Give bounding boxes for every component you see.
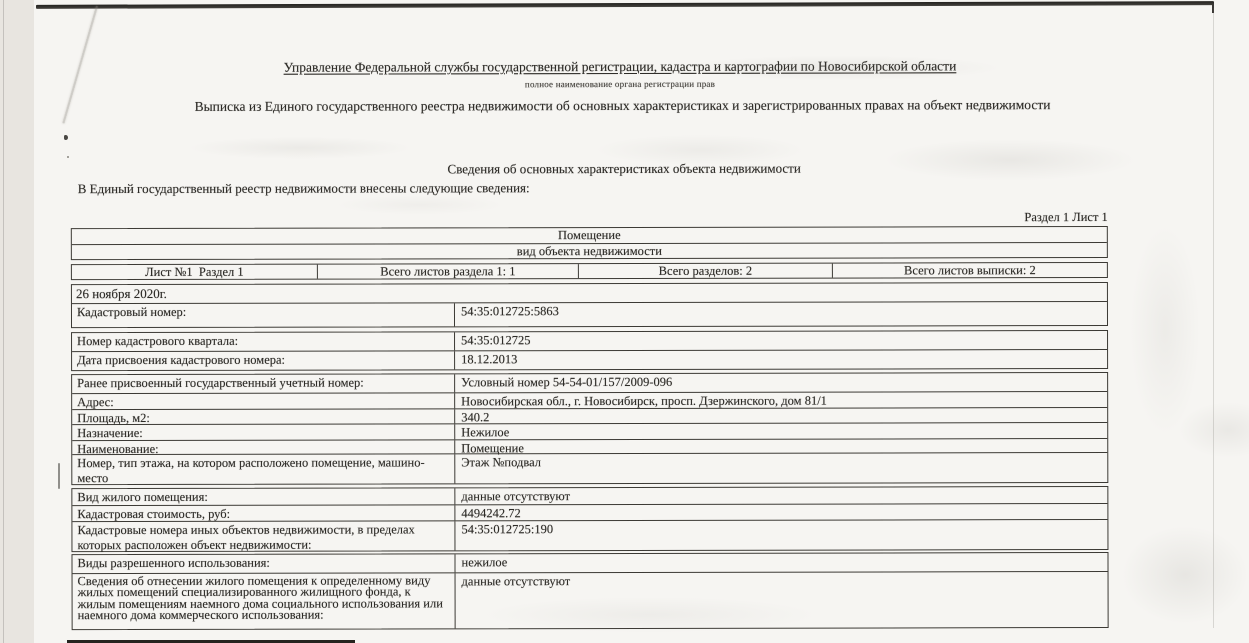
section-heading: Сведения об основных характеристиках объ…	[100, 160, 1149, 178]
row-label: Кадастровый номер:	[72, 303, 455, 327]
row-value: Условный номер 54-54-01/157/2009-096	[455, 373, 1107, 392]
table-group: Номер кадастрового квартала: 54:35:01272…	[71, 330, 1108, 371]
table-group: 26 ноября 2020г. Кадастровый номер: 54:3…	[71, 282, 1108, 328]
sheet-counters-row: Лист №1 Раздел 1 Всего листов раздела 1:…	[71, 262, 1108, 280]
row-label: Ранее присвоенный государственный учетны…	[72, 374, 455, 393]
intro-line: В Единый государственный реестр недвижим…	[78, 180, 530, 197]
row-value: 54:35:012725:190	[455, 520, 1107, 550]
registry-office-name: Управление Федеральной службы государств…	[39, 58, 1200, 76]
sheet-cell: Всего листов выписки: 2	[833, 263, 1107, 278]
row-value: данные отсутствуют	[456, 572, 1108, 628]
row-label: Кадастровая стоимость, руб:	[72, 505, 455, 521]
row-label: Адрес:	[72, 393, 455, 409]
document-content: Управление Федеральной службы государств…	[0, 0, 1249, 643]
row-label: Дата присвоения кадастрового номера:	[72, 351, 455, 370]
row-label: Виды разрешенного использования:	[72, 554, 455, 573]
table-row: Номер кадастрового квартала: 54:35:01272…	[72, 331, 1107, 351]
row-label: Кадастровые номера иных объектов недвижи…	[72, 521, 455, 551]
table-row: Ранее присвоенный государственный учетны…	[72, 373, 1107, 393]
row-label: Номер кадастрового квартала:	[72, 332, 455, 351]
sheet-cell: Всего листов раздела 1: 1	[318, 264, 579, 279]
row-label: Сведения об отнесении жилого помещения к…	[73, 573, 456, 629]
scanned-document-page: Управление Федеральной службы государств…	[0, 0, 1249, 643]
row-value: 54:35:012725:5863	[455, 302, 1107, 326]
table-row: Кадастровая стоимость, руб: 4494242.72	[72, 503, 1107, 521]
row-value: Этаж №подвал	[455, 453, 1107, 483]
row-label: Наименование:	[72, 440, 455, 454]
row-label: Площадь, м2:	[72, 409, 455, 424]
table-row: Площадь, м2: 340.2	[72, 407, 1107, 424]
row-value: Нежилое	[455, 423, 1107, 439]
table-row: Назначение: Нежилое	[72, 422, 1107, 440]
object-type-box: Помещение вид объекта недвижимости	[71, 226, 1108, 260]
table-row: Сведения об отнесении жилого помещения к…	[73, 571, 1108, 629]
row-value: Помещение	[455, 439, 1107, 453]
row-label: Назначение:	[72, 424, 455, 440]
extract-date: 26 ноября 2020г.	[72, 283, 1107, 303]
row-value: 4494242.72	[455, 504, 1107, 520]
row-label: Номер, тип этажа, на котором расположено…	[72, 454, 455, 484]
table-row: Кадастровый номер: 54:35:012725:5863	[72, 301, 1107, 327]
sheet-cell: Всего разделов: 2	[579, 264, 833, 279]
row-value: 18.12.2013	[455, 350, 1107, 369]
row-value: данные отсутствуют	[455, 487, 1107, 504]
row-value: 54:35:012725	[455, 331, 1107, 350]
table-row: Наименование: Помещение	[72, 438, 1107, 454]
table-group: Ранее присвоенный государственный учетны…	[71, 372, 1108, 485]
row-value: 340.2	[455, 408, 1107, 423]
section-page-label: Раздел 1 Лист 1	[1024, 210, 1107, 225]
table-row: Виды разрешенного использования: нежилое	[72, 553, 1107, 573]
row-label: Вид жилого помещения:	[72, 488, 455, 505]
table-group: Вид жилого помещения: данные отсутствуют…	[71, 486, 1108, 552]
registry-office-caption: полное наименование органа регистрации п…	[39, 78, 1200, 90]
object-type-caption: вид объекта недвижимости	[72, 242, 1107, 259]
table-row: Дата присвоения кадастрового номера: 18.…	[72, 349, 1107, 370]
row-value: Новосибирская обл., г. Новосибирск, прос…	[455, 392, 1107, 408]
main-table: Помещение вид объекта недвижимости Лист …	[71, 226, 1109, 630]
table-row: Адрес: Новосибирская обл., г. Новосибирс…	[72, 391, 1107, 409]
table-row: Вид жилого помещения: данные отсутствуют	[72, 487, 1107, 505]
table-row: Кадастровые номера иных объектов недвижи…	[72, 519, 1107, 551]
document-title: Выписка из Единого государственного реес…	[95, 97, 1151, 115]
sheet-cell: Лист №1 Раздел 1	[72, 265, 318, 280]
table-row: Номер, тип этажа, на котором расположено…	[72, 452, 1107, 484]
table-group: Виды разрешенного использования: нежилое…	[71, 552, 1108, 630]
row-value: нежилое	[455, 553, 1107, 572]
